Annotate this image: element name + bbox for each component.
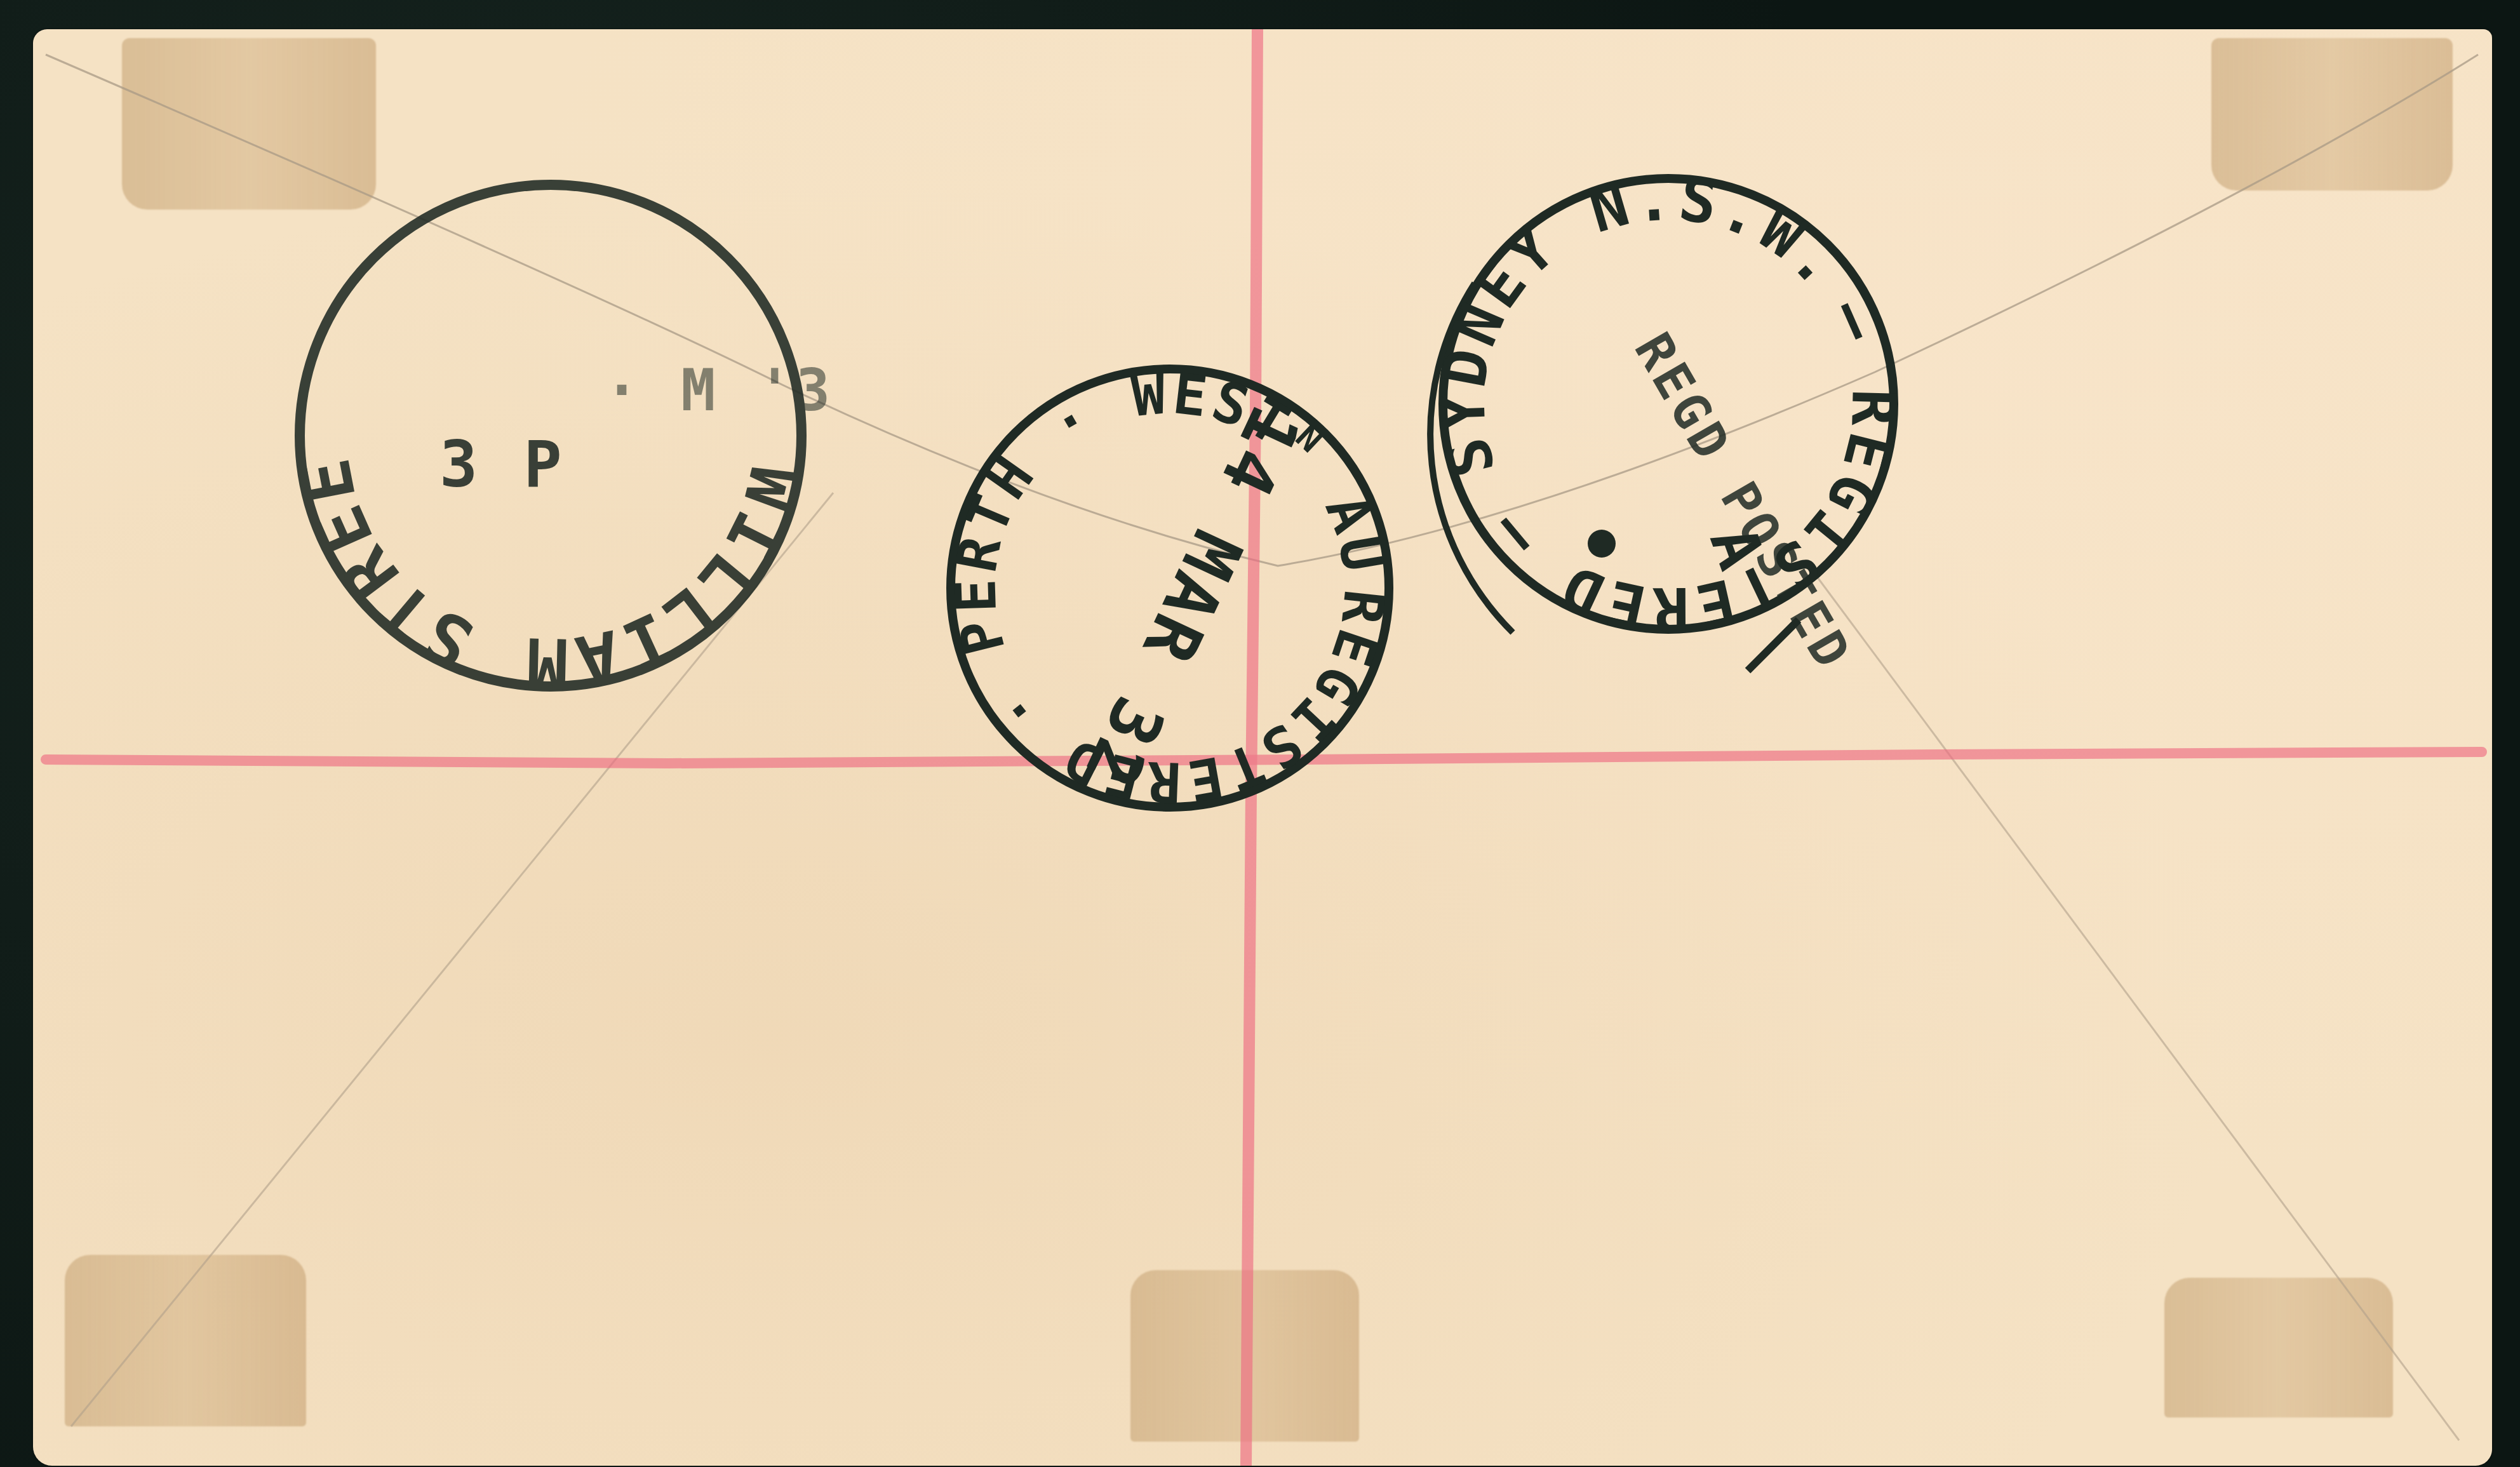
postmark-perth: REGISTERED · PERTH · WESTᴺ AUSTRALIA · 1… (942, 361, 2325, 1199)
envelope-back: WILLIAM STREET 3 P · M '3 REGISTERED · P… (33, 29, 2492, 1466)
postmark-sydney: — REGISTERED — SYDNEY N.S.W. A REGD POST… (1339, 74, 1998, 733)
postmark-dot (1588, 530, 1616, 558)
postmark-date: · M '3 (605, 358, 834, 424)
postmarks-layer: WILLIAM STREET 3 P · M '3 REGISTERED · P… (33, 29, 2492, 1466)
postmark-time: 3 P (439, 427, 566, 502)
postmark-william-street: WILLIAM STREET 3 P · M '3 (33, 29, 834, 704)
